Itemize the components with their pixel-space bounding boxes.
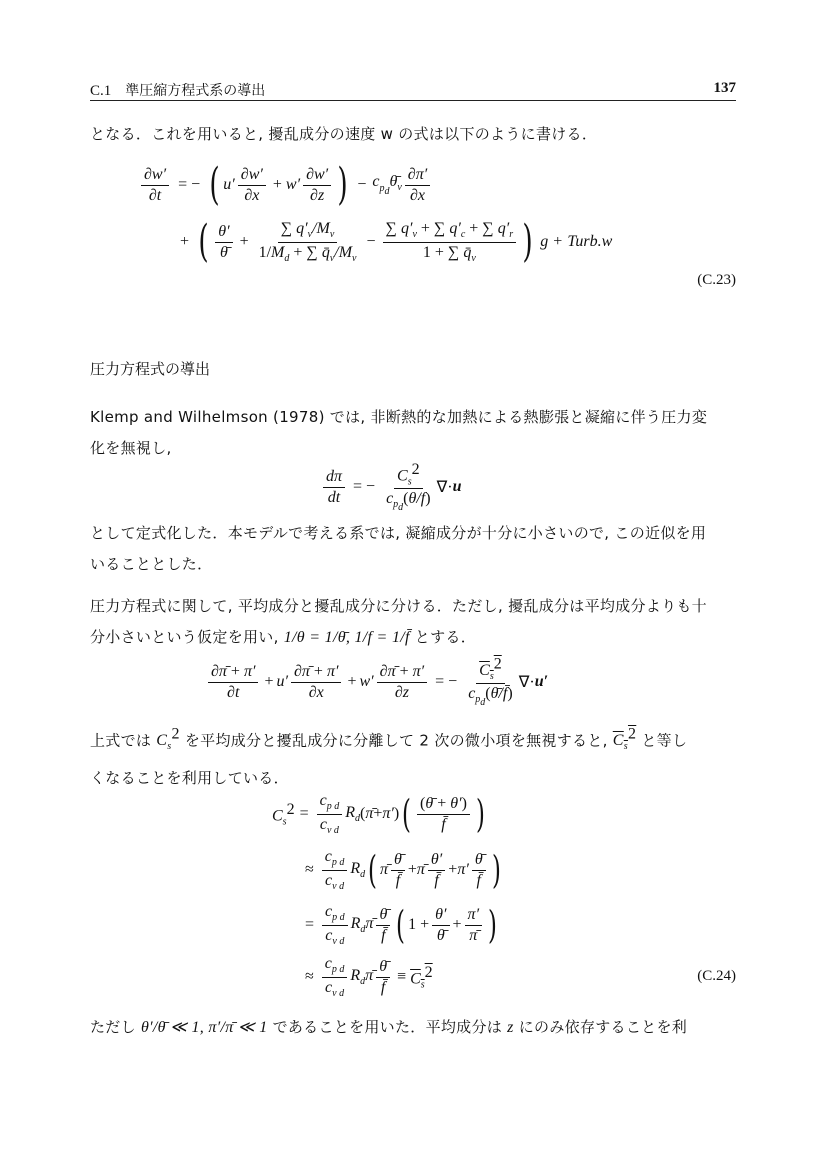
equation-cs-line4: ≈ cp dcv d Rdπ̄ θ̄f̄ ≡ Cs2 [300, 952, 433, 1002]
section-title: 準圧縮方程式系の導出 [125, 83, 265, 99]
paragraph-split: 圧力方程式に関して, 平均成分と擾乱成分に分ける．ただし, 擾乱成分は平均成分よ… [90, 591, 736, 653]
section-number: C.1 [90, 83, 111, 99]
paragraph-split-line1: 圧力方程式に関して, 平均成分と擾乱成分に分ける．ただし, 擾乱成分は平均成分よ… [90, 591, 736, 622]
equation-pressure-split: ∂π̄ + π′∂t +u′ ∂π̄ + π′∂x +w′ ∂π̄ + π′∂z… [205, 656, 548, 708]
paragraph-final: ただし θ′/θ̄ ≪ 1, π′/π̄ ≪ 1 であることを用いた．平均成分は… [90, 1012, 736, 1043]
equation-cs-line2: ≈ cp dcv d Rd ( π̄θ̄f̄ + π̄θ′f̄ + π′θ̄f̄… [300, 845, 504, 895]
document-page: C.1準圧縮方程式系の導出 137 となる．これを用いると, 擾乱成分の速度 w… [0, 0, 826, 1169]
page-number: 137 [714, 80, 737, 97]
paragraph-cs-note: 上式では Cs2 を平均成分と擾乱成分に分離して 2 次の微小項を無視すると, … [90, 719, 736, 794]
inline-math-small-perturbation: θ′/θ̄ ≪ 1, π′/π̄ ≪ 1 [141, 1019, 268, 1036]
paragraph-klemp: Klemp and Wilhelmson (1978) では, 非断熱的な加熱に… [90, 402, 736, 464]
paragraph-formulation-line1: として定式化した．本モデルで考える系では, 凝縮成分が十分に小さいので, この近… [90, 518, 736, 549]
inline-math-assumption: 1/θ = 1/θ̄, 1/f = 1/f̄ [284, 629, 410, 646]
paragraph-cs-note-line1: 上式では Cs2 を平均成分と擾乱成分に分離して 2 次の微小項を無視すると, … [90, 719, 736, 763]
equation-cs-line1: Cs2 = cp dcv d Rd(π̄ + π′) ( (θ̄ + θ′)f̄… [272, 788, 488, 840]
equation-cs-line3: = cp dcv d Rdπ̄ θ̄f̄ ( 1 + θ′θ̄ + π′π̄ ) [300, 900, 500, 950]
paragraph-formulation-line2: いることとした． [90, 549, 736, 580]
paragraph-intro: となる．これを用いると, 擾乱成分の速度 w の式は以下のように書ける． [90, 119, 736, 150]
paragraph-klemp-line1: Klemp and Wilhelmson (1978) では, 非断熱的な加熱に… [90, 402, 736, 433]
paragraph-klemp-line2: 化を無視し, [90, 433, 736, 464]
paragraph-split-line2: 分小さいという仮定を用い, 1/θ = 1/θ̄, 1/f = 1/f̄ とする… [90, 622, 736, 653]
equation-dpi-dt: dπdt = − Cs2cpd(θ/f) ∇·u [320, 462, 462, 512]
header-section: C.1準圧縮方程式系の導出 [90, 80, 265, 100]
equation-label-c23: (C.23) [697, 272, 736, 289]
paragraph-formulation: として定式化した．本モデルで考える系では, 凝縮成分が十分に小さいので, この近… [90, 518, 736, 580]
section-heading: 圧力方程式の導出 [90, 358, 210, 379]
equation-w-line2: + ( θ′θ̄ + ∑ q′v/Mv1/Md + ∑ q̄v/Mv − ∑ q… [180, 215, 612, 269]
running-header: C.1準圧縮方程式系の導出 137 [90, 80, 736, 101]
equation-w-line1: ∂w′∂t = − ( u′ ∂w′∂x + w′ ∂w′∂z ) − cpdθ… [138, 160, 433, 210]
equation-label-c24: (C.24) [697, 968, 736, 985]
